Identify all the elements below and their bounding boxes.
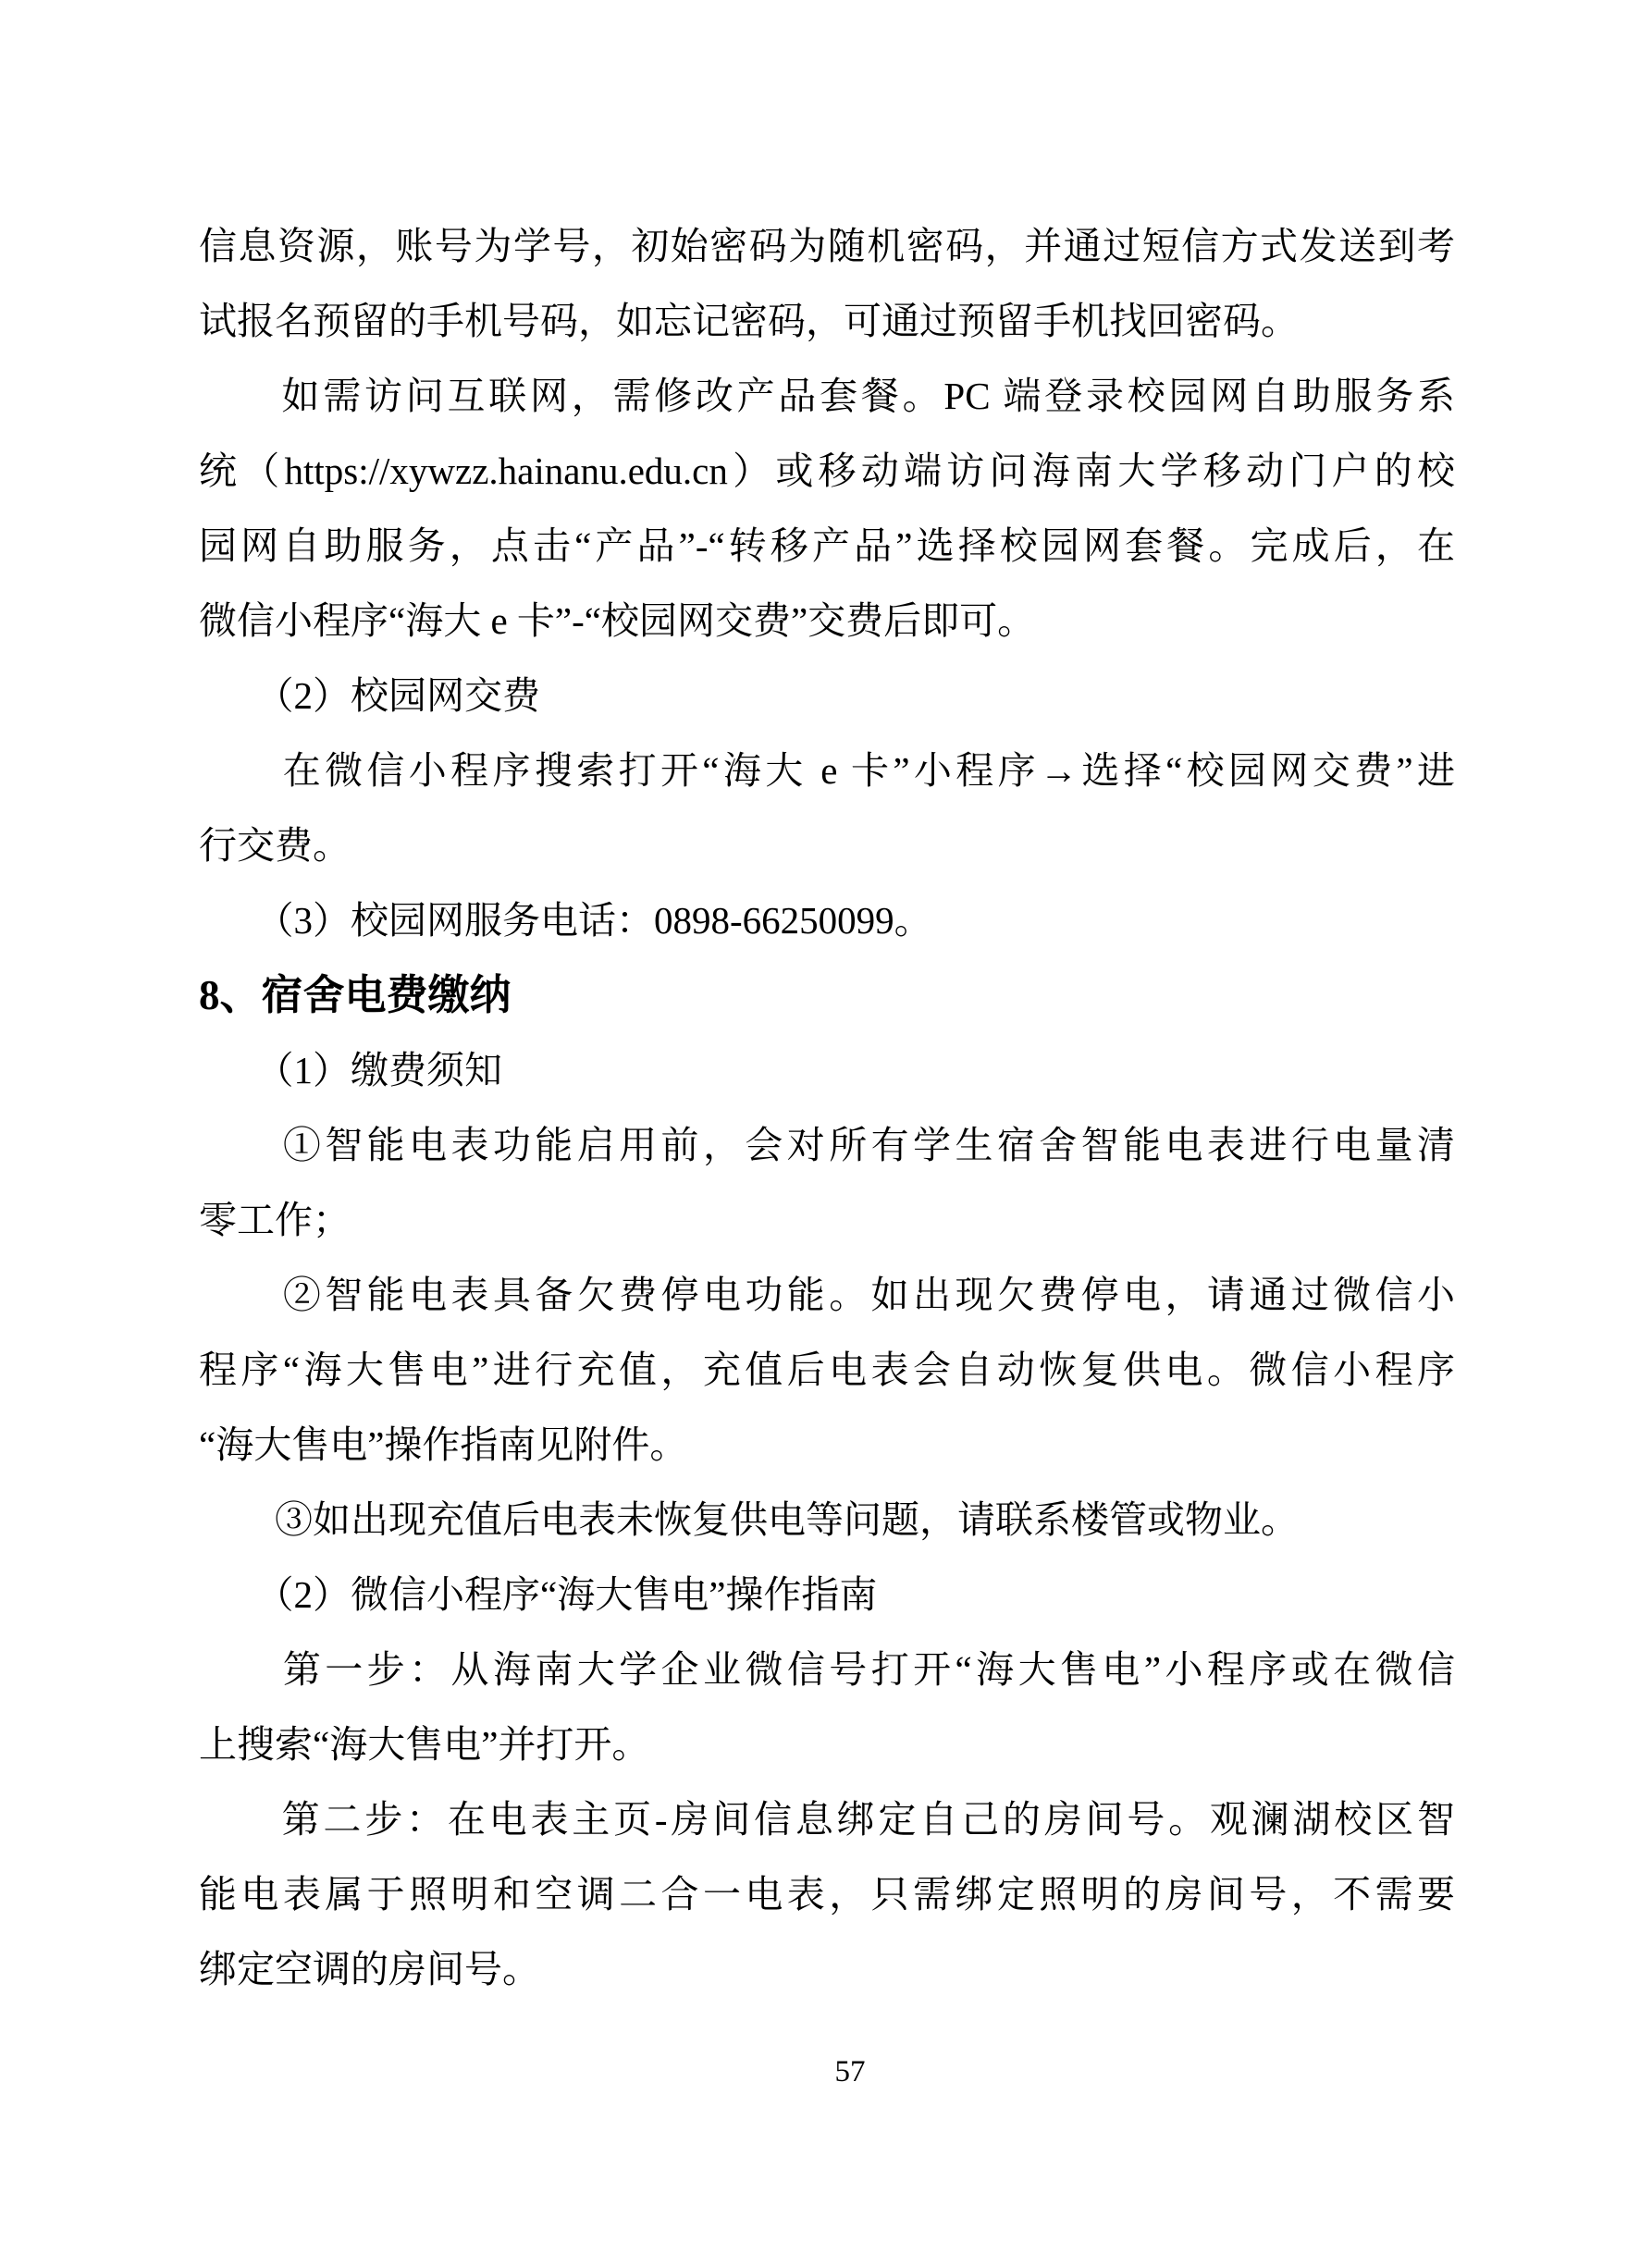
text-line: 第一步：从海南大学企业微信号打开“海大售电”小程序或在微信 bbox=[199, 1632, 1455, 1707]
text-line: 零工作； bbox=[199, 1183, 1455, 1258]
text-line: （2）校园网交费 bbox=[199, 659, 1455, 733]
text-line: 在微信小程序搜索打开“海大 e 卡”小程序→选择“校园网交费”进 bbox=[199, 733, 1455, 808]
text-line: （2）微信小程序“海大售电”操作指南 bbox=[199, 1558, 1455, 1632]
text-line: （1）缴费须知 bbox=[199, 1033, 1455, 1108]
text-line: 信息资源，账号为学号，初始密码为随机密码，并通过短信方式发送到考 bbox=[199, 209, 1455, 284]
text-line: 绑定空调的房间号。 bbox=[199, 1932, 1455, 2007]
text-line: 程序“海大售电”进行充值，充值后电表会自动恢复供电。微信小程序 bbox=[199, 1333, 1455, 1408]
text-line: （3）校园网服务电话：0898-66250099。 bbox=[199, 883, 1455, 958]
text-line: 试报名预留的手机号码，如忘记密码，可通过预留手机找回密码。 bbox=[199, 284, 1455, 359]
text-line: “海大售电”操作指南见附件。 bbox=[199, 1408, 1455, 1483]
text-line: 第二步：在电表主页-房间信息绑定自己的房间号。观澜湖校区智 bbox=[199, 1782, 1455, 1857]
text-line: ②智能电表具备欠费停电功能。如出现欠费停电，请通过微信小 bbox=[199, 1258, 1455, 1333]
document-page-body: 信息资源，账号为学号，初始密码为随机密码，并通过短信方式发送到考 试报名预留的手… bbox=[199, 209, 1455, 2007]
text-line: 如需访问互联网，需修改产品套餐。PC 端登录校园网自助服务系 bbox=[199, 359, 1455, 434]
text-line: 园网自助服务，点击“产品”-“转移产品”选择校园网套餐。完成后，在 bbox=[199, 509, 1455, 584]
text-line: 统（https://xywzz.hainanu.edu.cn）或移动端访问海南大… bbox=[199, 434, 1455, 509]
text-line: 微信小程序“海大 e 卡”-“校园网交费”交费后即可。 bbox=[199, 584, 1455, 659]
text-line: ③如出现充值后电表未恢复供电等问题，请联系楼管或物业。 bbox=[199, 1483, 1455, 1558]
text-line: 能电表属于照明和空调二合一电表，只需绑定照明的房间号，不需要 bbox=[199, 1857, 1455, 1932]
text-line: 上搜索“海大售电”并打开。 bbox=[199, 1707, 1455, 1782]
page-number: 57 bbox=[24, 2053, 1652, 2090]
section-heading: 8、宿舍电费缴纳 bbox=[199, 958, 1455, 1033]
text-line: 行交费。 bbox=[199, 808, 1455, 883]
text-line: ①智能电表功能启用前，会对所有学生宿舍智能电表进行电量清 bbox=[199, 1108, 1455, 1183]
